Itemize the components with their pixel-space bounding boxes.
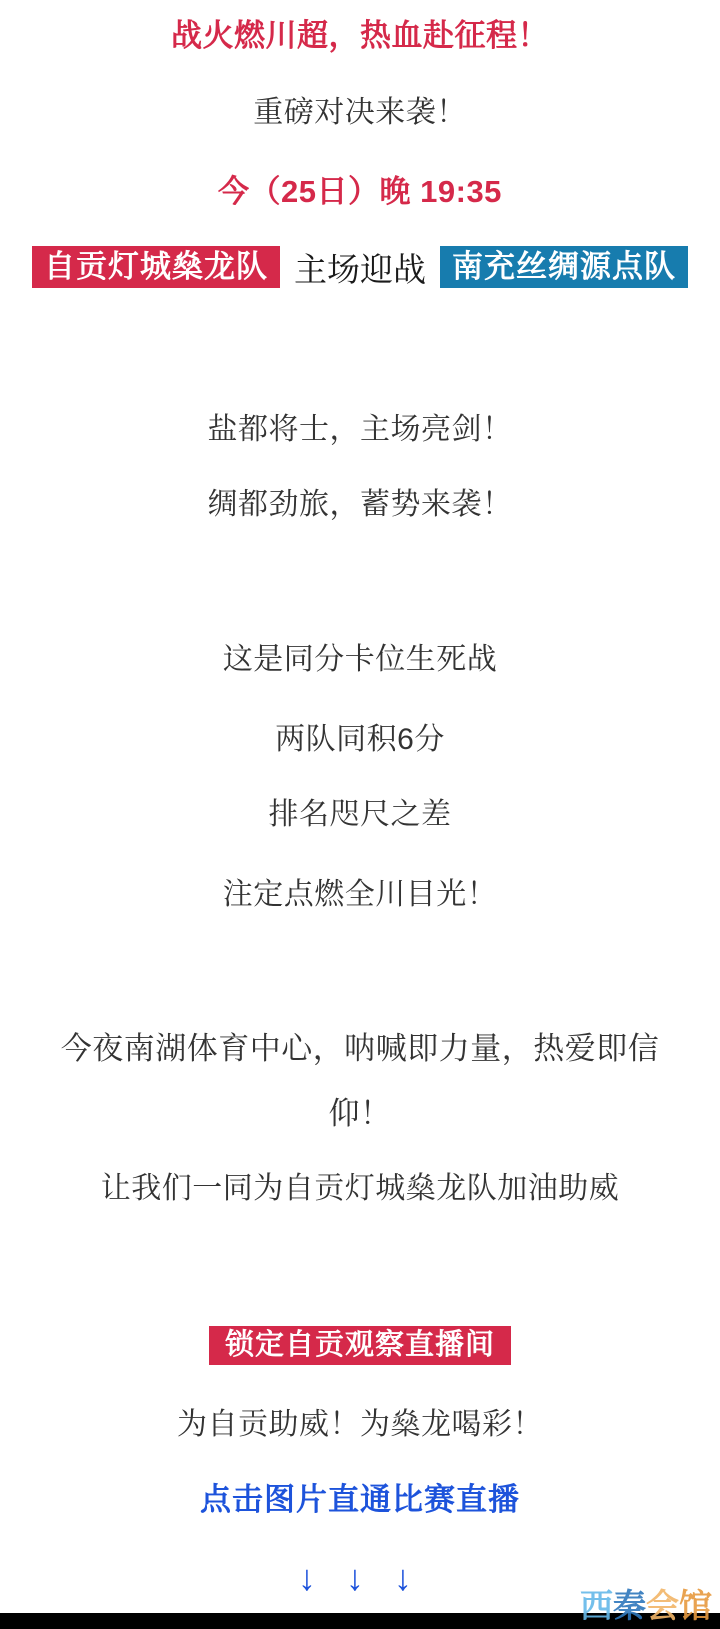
match-time-text: 今（25日）晚 19:35 — [0, 174, 720, 210]
article-page: 战火燃川超，热血赴征程！ 重磅对决来袭！ 今（25日）晚 19:35 自贡灯城燊… — [0, 0, 720, 1629]
watermark: 西秦会馆 — [580, 1589, 712, 1622]
body-paragraph-6: 注定点燃全川目光！ — [0, 877, 720, 913]
body-paragraph-1: 盐都将士，主场亮剑！ — [0, 412, 720, 448]
home-team-badge: 自贡灯城燊龙队 — [32, 246, 280, 288]
matchup-row: 自贡灯城燊龙队 主场迎战 南充丝绸源点队 — [0, 246, 720, 288]
body-paragraph-3: 这是同分卡位生死战 — [0, 642, 720, 678]
subheadline-text: 重磅对决来袭！ — [0, 95, 720, 131]
away-team-badge: 南充丝绸源点队 — [440, 246, 688, 288]
watermark-char-2: 秦 — [613, 1587, 646, 1624]
watermark-char-1: 西 — [580, 1587, 613, 1624]
watermark-char-3: 会 — [646, 1587, 679, 1624]
body-paragraph-5: 排名咫尺之差 — [0, 797, 720, 833]
body-paragraph-8: 让我们一同为自贡灯城燊龙队加油助威 — [0, 1171, 720, 1207]
headline-text: 战火燃川超，热血赴征程！ — [0, 18, 720, 54]
watermark-char-4: 馆 — [679, 1587, 712, 1624]
cheer-line: 为自贡助威！为燊龙喝彩！ — [0, 1407, 720, 1443]
body-paragraph-4: 两队同积6分 — [0, 722, 720, 758]
live-room-badge: 锁定自贡观察直播间 — [209, 1326, 511, 1365]
body-paragraph-2: 绸都劲旅，蓄势来袭！ — [0, 487, 720, 523]
live-room-badge-row: 锁定自贡观察直播间 — [0, 1326, 720, 1365]
live-stream-link[interactable]: 点击图片直通比赛直播 — [0, 1482, 720, 1518]
body-paragraph-7: 今夜南湖体育中心，呐喊即力量，热爱即信仰！ — [0, 1016, 720, 1146]
versus-label: 主场迎战 — [288, 244, 432, 291]
